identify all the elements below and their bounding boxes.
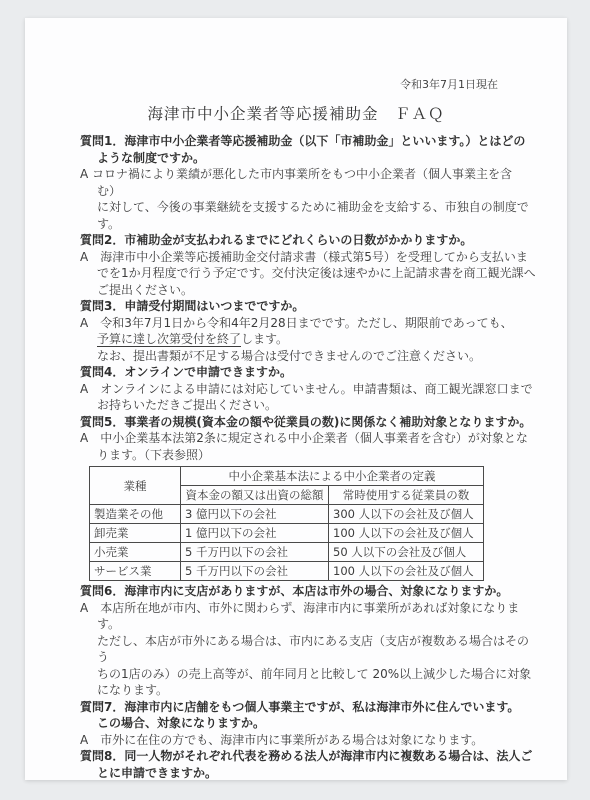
faq-answer-3-underlined: 予算に達し次第受付を終了 (97, 332, 241, 347)
faq-question-8: 質問8．同一人物がそれぞれ代表を務める法人が海津市内に複数ある場合は、法人ご と… (80, 748, 536, 780)
cell-capital: 5 千万円以下の会社 (181, 543, 329, 562)
cell-industry: 製造業その他 (90, 505, 181, 524)
table-row: サービス業 5 千万円以下の会社 100 人以下の会社及び個人 (90, 562, 484, 581)
faq-answer-5: A 中小企業基本法第2条に規定される中小企業者（個人事業者を含む）が対象とな り… (80, 430, 536, 463)
faq-answer-7: A 市外に在住の方でも、海津市内に事業所がある場合は対象になります。 (80, 732, 536, 749)
faq-answer-6: A 本店所在地が市内、市外に関わらず、海津市内に事業所があれば対象になります。 … (80, 600, 536, 699)
faq-question-3: 質問3．申請受付期間はいつまでですか。 (80, 298, 536, 315)
cell-employees: 100 人以下の会社及び個人 (329, 524, 484, 543)
faq-question-1: 質問1．海津市中小企業者等応援補助金（以下「市補助金」といいます。）とはどの よ… (80, 133, 536, 166)
table-row: 小売業 5 千万円以下の会社 50 人以下の会社及び個人 (90, 543, 484, 562)
faq-question-4: 質問4．オンラインで申請できますか。 (80, 364, 536, 381)
page-title: 海津市中小企業者等応援補助金 ＦＡＱ (25, 102, 567, 124)
table-row: 卸売業 1 億円以下の会社 100 人以下の会社及び個人 (90, 524, 484, 543)
cell-industry: 小売業 (90, 543, 181, 562)
faq-question-5: 質問5．事業者の規模(資本金の額や従業員の数)に関係なく補助対象となりますか。 (80, 414, 536, 431)
faq-content: 質問1．海津市中小企業者等応援補助金（以下「市補助金」といいます。）とはどの よ… (80, 133, 536, 780)
faq-answer-1: A コロナ禍により業績が悪化した市内事業所をもつ中小企業者（個人事業主を含む） … (80, 166, 536, 232)
table-header-row-1: 業種 中小企業基本法による中小企業者の定義 (90, 467, 484, 486)
document-page: 令和3年7月1日現在 海津市中小企業者等応援補助金 ＦＡＱ 質問1．海津市中小企… (25, 18, 567, 780)
date-note: 令和3年7月1日現在 (25, 78, 567, 92)
faq-answer-3: A 令和3年7月1日から令和4年2月28日までです。ただし、期限前であっても、 … (80, 315, 536, 365)
cell-industry: サービス業 (90, 562, 181, 581)
faq-question-6: 質問6．海津市内に支店がありますが、本店は市外の場合、対象になりますか。 (80, 583, 536, 600)
cell-employees: 50 人以下の会社及び個人 (329, 543, 484, 562)
cell-capital: 5 千万円以下の会社 (181, 562, 329, 581)
faq-answer-2: A 海津市中小企業等応援補助金交付請求書（様式第5号）を受理してから支払いま で… (80, 249, 536, 299)
cell-employees: 100 人以下の会社及び個人 (329, 562, 484, 581)
table-row: 製造業その他 3 億円以下の会社 300 人以下の会社及び個人 (90, 505, 484, 524)
sme-definition-table: 業種 中小企業基本法による中小企業者の定義 資本金の額又は出資の総額 常時使用す… (89, 466, 484, 581)
faq-answer-4: A オンラインによる申請には対応していません。申請書類は、商工観光課窓口まで お… (80, 381, 536, 414)
table-header-definition: 中小企業基本法による中小企業者の定義 (181, 467, 484, 486)
cell-employees: 300 人以下の会社及び個人 (329, 505, 484, 524)
table-header-employees: 常時使用する従業員の数 (329, 486, 484, 505)
faq-answer-3-lead: A 令和3年7月1日から令和4年2月28日までです。ただし、期限前であっても、 (80, 316, 513, 330)
table-header-capital: 資本金の額又は出資の総額 (181, 486, 329, 505)
cell-capital: 3 億円以下の会社 (181, 505, 329, 524)
cell-industry: 卸売業 (90, 524, 181, 543)
cell-capital: 1 億円以下の会社 (181, 524, 329, 543)
table-header-industry: 業種 (90, 467, 181, 505)
faq-question-2: 質問2．市補助金が支払われるまでにどれくらいの日数がかかりますか。 (80, 232, 536, 249)
faq-question-7: 質問7．海津市内に店舗をもつ個人事業主ですが、私は海津市外に住んでいます。 この… (80, 699, 536, 732)
screen: { "meta": { "date_note": "令和3年7月1日現在", "… (0, 0, 590, 800)
